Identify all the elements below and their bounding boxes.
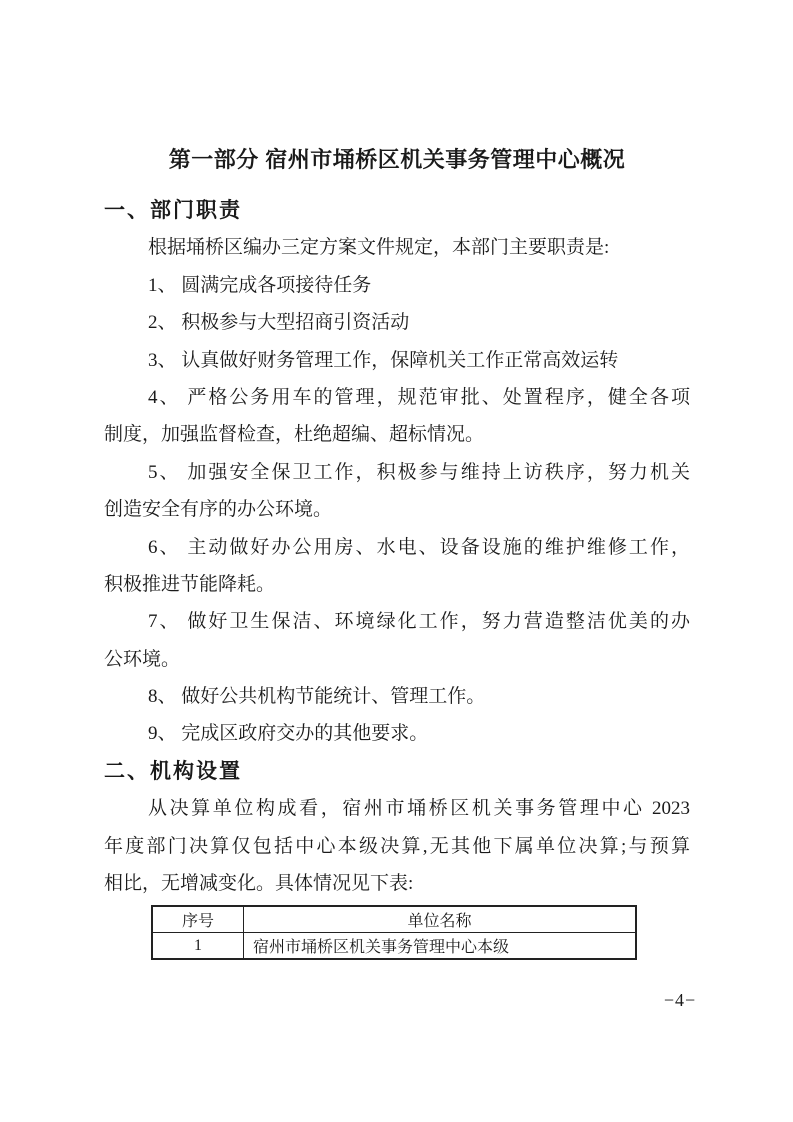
duty-item-4-line-1: 4、 严格公务用车的管理，规范审批、处置程序，健全各项 [104,379,690,416]
page-title: 第一部分 宿州市埇桥区机关事务管理中心概况 [104,145,690,175]
document-page: 第一部分 宿州市埇桥区机关事务管理中心概况 一、部门职责 根据埇桥区编办三定方案… [0,0,793,1122]
unit-table-header-name: 单位名称 [244,906,637,933]
section-heading-duties: 一、部门职责 [104,192,690,229]
duty-item-5-line-1: 5、 加强安全保卫工作，积极参与维持上访秩序，努力机关 [104,454,690,491]
unit-table-cell-name: 宿州市埇桥区机关事务管理中心本级 [244,933,637,960]
organization-paragraph-line-3: 相比，无增减变化。具体情况见下表: [104,865,690,902]
organization-paragraph-line-2: 年度部门决算仅包括中心本级决算,无其他下属单位决算;与预算 [104,828,690,865]
unit-table-header-seq: 序号 [152,906,244,933]
duty-item-5-line-2: 创造安全有序的办公环境。 [104,491,690,528]
section-heading-organization: 二、机构设置 [104,753,690,790]
duty-item-3-line-1: 3、 认真做好财务管理工作，保障机关工作正常高效运转 [104,342,690,379]
duty-item-1-line-1: 1、 圆满完成各项接待任务 [104,267,690,304]
document-body: 第一部分 宿州市埇桥区机关事务管理中心概况 一、部门职责 根据埇桥区编办三定方案… [104,145,690,960]
duty-item-8-line-1: 8、 做好公共机构节能统计、管理工作。 [104,678,690,715]
organization-paragraph-line-1: 从决算单位构成看，宿州市埇桥区机关事务管理中心 2023 [104,790,690,827]
duty-item-7-line-1: 7、 做好卫生保洁、环境绿化工作，努力营造整洁优美的办 [104,603,690,640]
duty-item-7-line-2: 公环境。 [104,641,690,678]
unit-table-header-row: 序号 单位名称 [152,906,636,933]
duty-item-6-line-2: 积极推进节能降耗。 [104,566,690,603]
unit-table-row: 1 宿州市埇桥区机关事务管理中心本级 [152,933,636,960]
unit-table: 序号 单位名称 1 宿州市埇桥区机关事务管理中心本级 [151,905,637,960]
duty-item-9-line-1: 9、 完成区政府交办的其他要求。 [104,715,690,752]
duty-item-6-line-1: 6、 主动做好办公用房、水电、设备设施的维护维修工作， [104,529,690,566]
duties-intro-line: 根据埇桥区编办三定方案文件规定，本部门主要职责是: [104,229,690,266]
unit-table-cell-seq: 1 [152,933,244,960]
duty-item-4-line-2: 制度，加强监督检查，杜绝超编、超标情况。 [104,416,690,453]
page-number: −4− [638,990,722,1011]
duty-item-2-line-1: 2、 积极参与大型招商引资活动 [104,304,690,341]
